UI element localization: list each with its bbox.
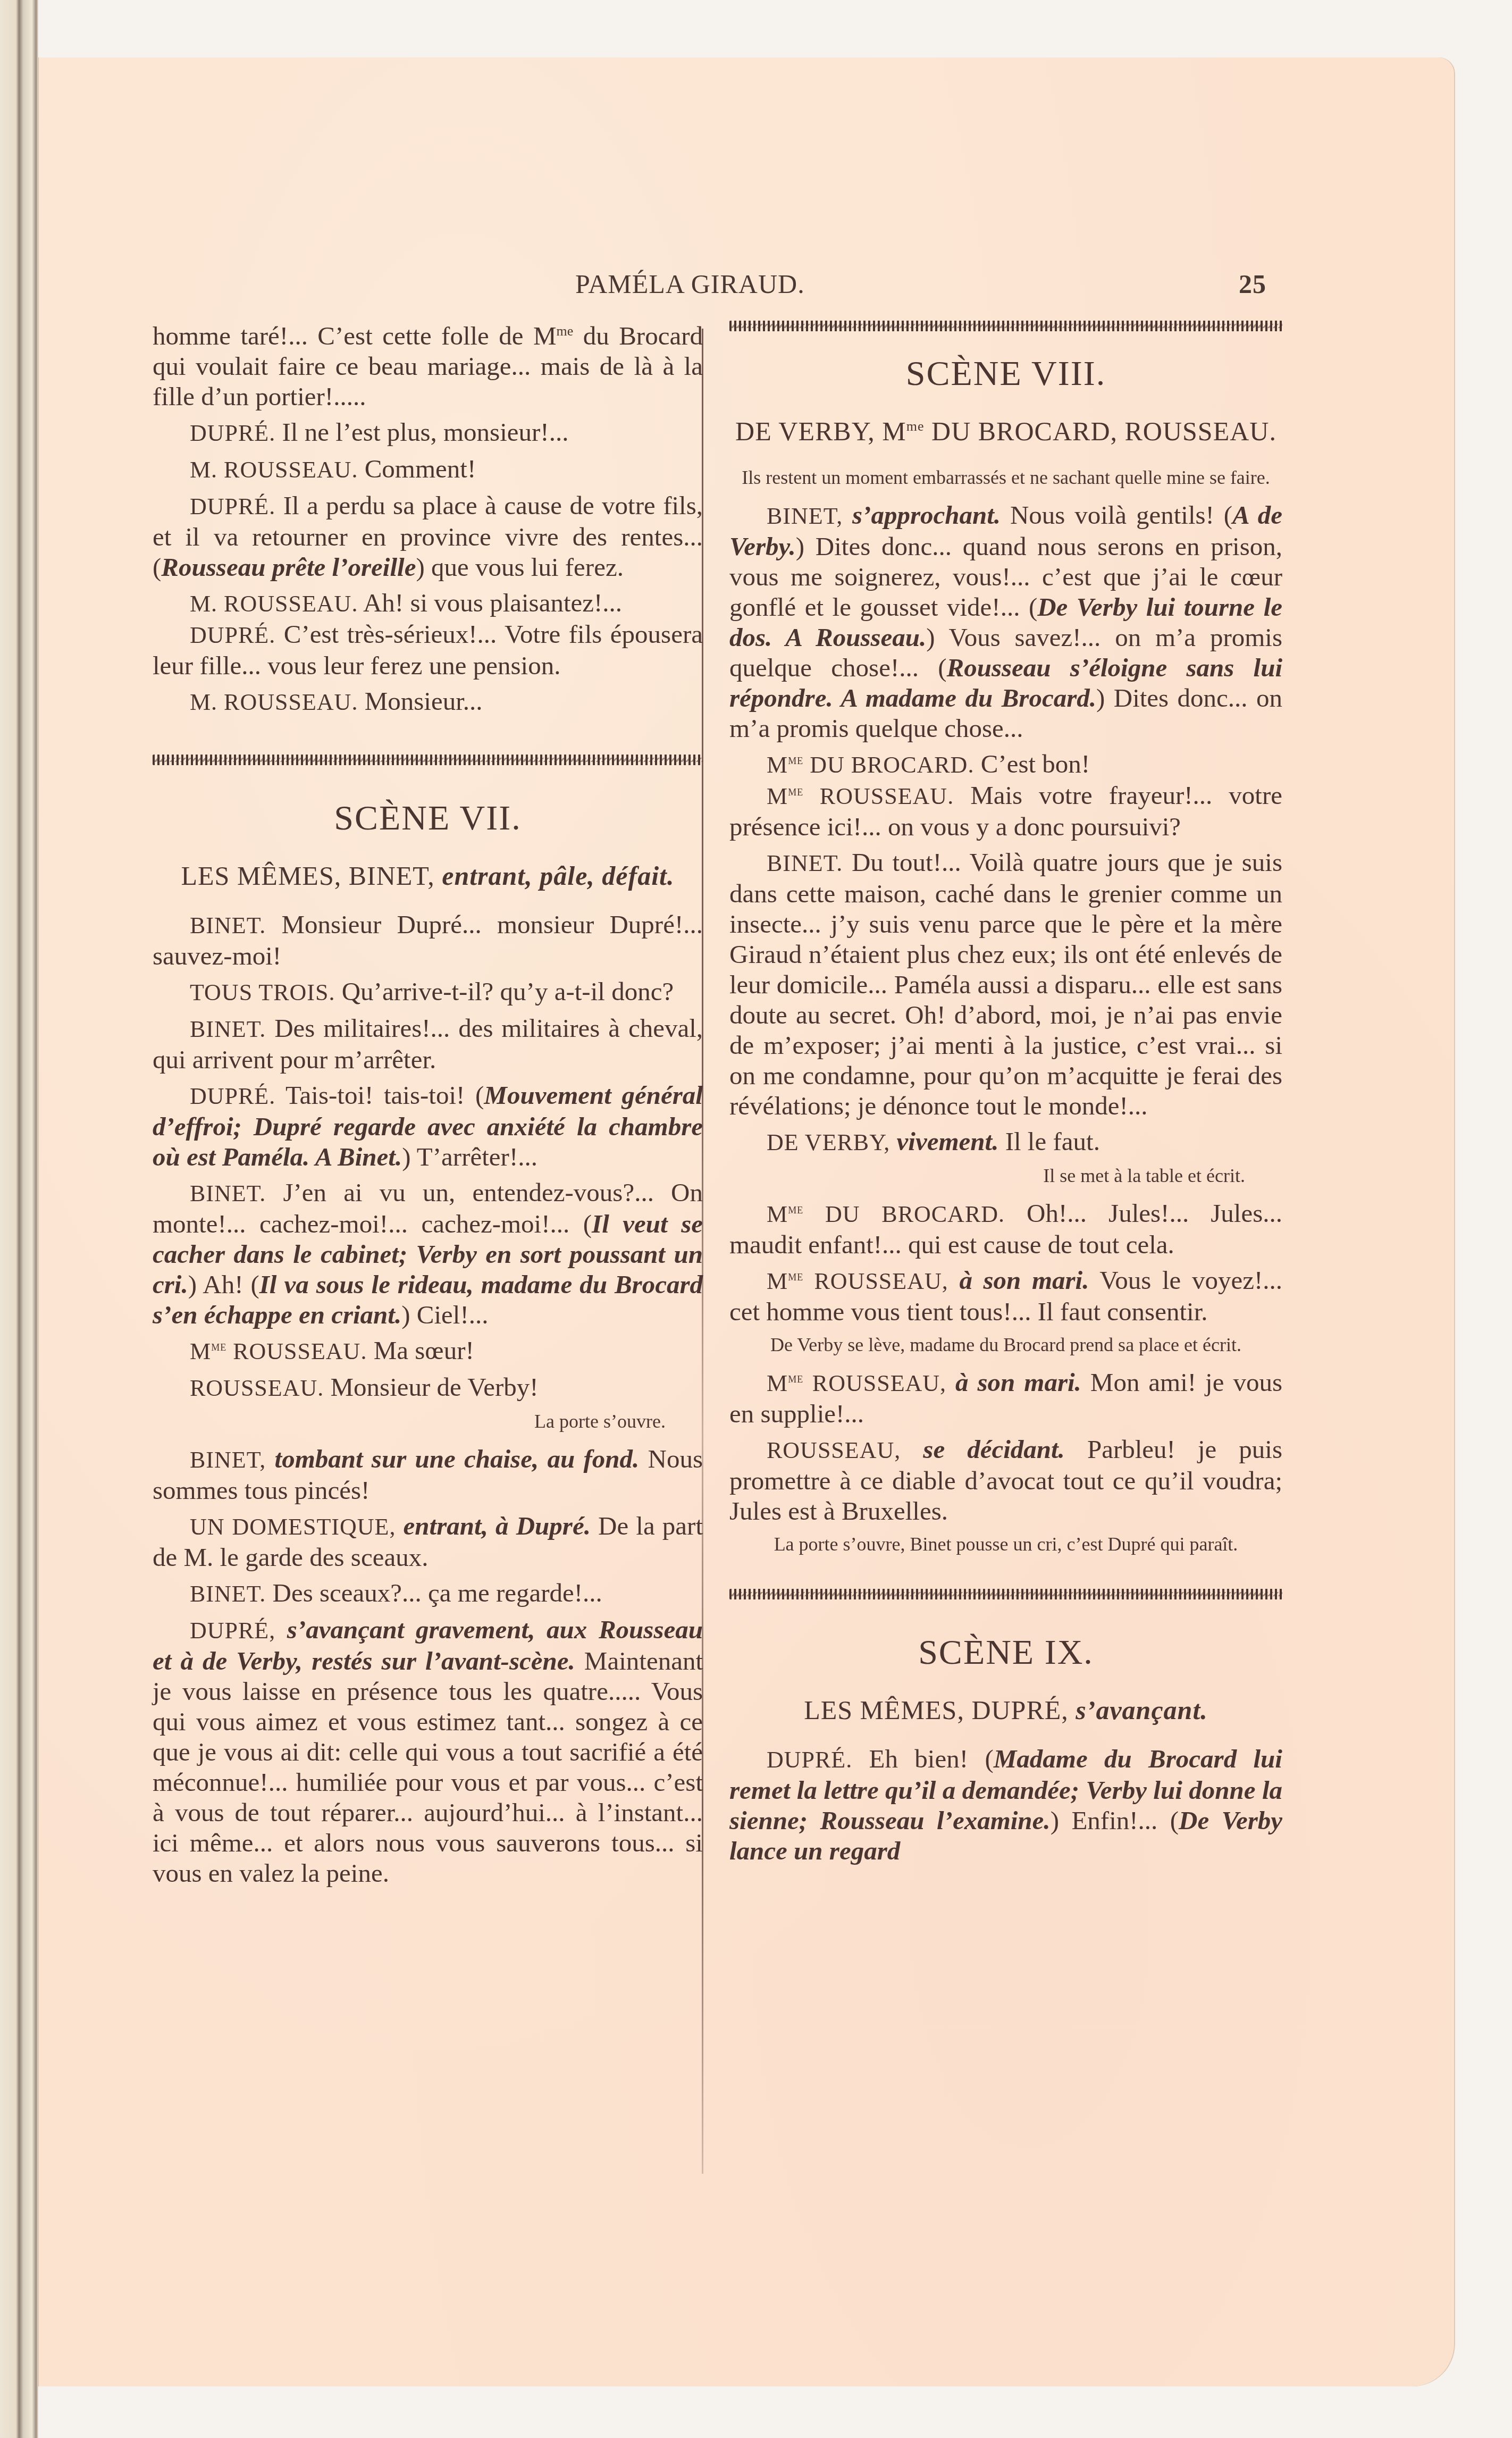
speaker: Mme ROUSSEAU, xyxy=(767,1268,948,1294)
stage-direction-end: La porte s’ouvre, Binet pousse un cri, c… xyxy=(729,1531,1282,1557)
speaker: M. ROUSSEAU. xyxy=(190,689,358,715)
speech-line: ROUSSEAU, se décidant. Parbleu! je puis … xyxy=(729,1434,1282,1526)
speaker: DUPRÉ. xyxy=(190,622,275,648)
speech-line: ROUSSEAU. Monsieur de Verby! xyxy=(153,1372,703,1403)
speaker: BINET, xyxy=(190,1447,266,1473)
speaker: Mme ROUSSEAU, xyxy=(767,1370,946,1396)
scene-title: SCÈNE VII. xyxy=(153,797,703,840)
speech-line: TOUS TROIS. Qu’arrive-t-il? qu’y a-t-il … xyxy=(153,976,703,1008)
speech-line: Mme DU BROCARD. C’est bon! xyxy=(729,749,1282,780)
speaker: DUPRÉ. xyxy=(190,493,275,520)
speech-line: Mme ROUSSEAU. Ma sœur! xyxy=(153,1335,703,1367)
speech-line: DUPRÉ. Il ne l’est plus, monsieur!... xyxy=(153,417,703,448)
speaker: ROUSSEAU. xyxy=(190,1375,324,1401)
scene-cast: LES MÊMES, BINET, entrant, pâle, défait. xyxy=(153,861,703,891)
speaker: TOUS TROIS. xyxy=(190,979,335,1006)
book-binding-edge xyxy=(0,0,38,2438)
stage-direction: entrant, à Dupré. xyxy=(396,1511,590,1540)
speech-line: DUPRÉ. Tais-toi! tais-toi! (Mouvement gé… xyxy=(153,1080,703,1172)
continuation-paragraph: homme taré!... C’est cette folle de Mme … xyxy=(153,321,703,412)
speaker: Mme DU BROCARD. xyxy=(767,752,974,778)
speech-line: DUPRÉ, s’avançant gravement, aux Roussea… xyxy=(153,1614,703,1888)
stage-direction-table: Il se met à la table et écrit. xyxy=(729,1163,1282,1188)
speaker: M. ROUSSEAU. xyxy=(190,457,358,483)
scene-cast: LES MÊMES, DUPRÉ, s’avançant. xyxy=(729,1695,1282,1725)
scene-ornament-rule xyxy=(729,321,1282,331)
speaker: DUPRÉ. xyxy=(190,1083,275,1109)
stage-direction: tombant sur une chaise, au fond. xyxy=(266,1444,639,1473)
speech-line: Mme ROUSSEAU, à son mari. Mon ami! je vo… xyxy=(729,1367,1282,1429)
page-number: 25 xyxy=(1239,269,1266,299)
speech-line: DUPRÉ. Eh bien! (Madame du Brocard lui r… xyxy=(729,1744,1282,1866)
speaker: DUPRÉ. xyxy=(767,1747,852,1773)
speaker: Mme ROUSSEAU. xyxy=(767,783,954,809)
speech-line: UN DOMESTIQUE, entrant, à Dupré. De la p… xyxy=(153,1511,703,1572)
speaker: DUPRÉ, xyxy=(190,1618,275,1644)
speaker: UN DOMESTIQUE, xyxy=(190,1514,396,1540)
speech-line: DUPRÉ. Il a perdu sa place à cause de vo… xyxy=(153,490,703,582)
speaker: BINET. xyxy=(190,1581,266,1607)
speech-line: DUPRÉ. C’est très-sérieux!... Votre fils… xyxy=(153,619,703,681)
speaker: Mme DU BROCARD. xyxy=(767,1201,1005,1227)
stage-direction-rise: De Verby se lève, madame du Brocard pren… xyxy=(729,1332,1282,1358)
running-head: PAMÉLA GIRAUD. 25 xyxy=(575,269,1266,300)
scene-ornament-rule xyxy=(153,755,703,765)
speech-line: BINET. J’en ai vu un, entendez-vous?... … xyxy=(153,1177,703,1330)
speech-line: BINET. Des militaires!... des militaires… xyxy=(153,1013,703,1075)
speaker: BINET, xyxy=(767,503,843,529)
speaker: M. ROUSSEAU. xyxy=(190,591,358,617)
scene-title: SCÈNE VIII. xyxy=(729,353,1282,395)
scene-title: SCÈNE IX. xyxy=(729,1631,1282,1674)
scene-ornament-rule xyxy=(729,1589,1282,1599)
speech-line: M. ROUSSEAU. Comment! xyxy=(153,454,703,485)
speaker: BINET. xyxy=(190,1180,266,1207)
speaker: ROUSSEAU, xyxy=(767,1437,901,1463)
running-head-title: PAMÉLA GIRAUD. xyxy=(575,269,805,299)
stage-direction-door: La porte s’ouvre. xyxy=(153,1409,703,1434)
speech-line: M. ROUSSEAU. Monsieur... xyxy=(153,686,703,717)
book-page: PAMÉLA GIRAUD. 25 homme taré!... C’est c… xyxy=(38,57,1455,2386)
speech-line: BINET. Des sceaux?... ça me regarde!... xyxy=(153,1578,703,1609)
speaker: DE VERBY, xyxy=(767,1129,890,1155)
speech-line: BINET. Monsieur Dupré... monsieur Dupré!… xyxy=(153,909,703,971)
scene-cast: DE VERBY, Mme DU BROCARD, ROUSSEAU. xyxy=(729,416,1282,447)
left-column: homme taré!... C’est cette folle de Mme … xyxy=(153,321,703,1894)
stage-direction: Rousseau prête l’oreille xyxy=(161,552,416,582)
speech-line: BINET, tombant sur une chaise, au fond. … xyxy=(153,1444,703,1505)
speaker: Mme ROUSSEAU. xyxy=(190,1338,367,1364)
right-column: SCÈNE VIII. DE VERBY, Mme DU BROCARD, RO… xyxy=(729,321,1282,1871)
stage-direction-intro: Ils restent un moment embarrassés et ne … xyxy=(729,465,1282,490)
speaker: BINET. xyxy=(767,850,843,876)
speech-line: Mme ROUSSEAU, à son mari. Vous le voyez!… xyxy=(729,1265,1282,1327)
speech-line: BINET. Du tout!... Voilà quatre jours qu… xyxy=(729,847,1282,1121)
speech-line: Mme DU BROCARD. Oh!... Jules!... Jules..… xyxy=(729,1198,1282,1260)
speech-line: DE VERBY, vivement. Il le faut. xyxy=(729,1126,1282,1158)
speaker: BINET. xyxy=(190,912,266,939)
speaker: BINET. xyxy=(190,1016,266,1042)
speech-line: Mme ROUSSEAU. Mais votre frayeur!... vot… xyxy=(729,780,1282,842)
speech-line: BINET, s’approchant. Nous voilà gentils!… xyxy=(729,500,1282,743)
speaker: DUPRÉ. xyxy=(190,420,275,446)
speech-line: M. ROUSSEAU. Ah! si vous plaisantez!... xyxy=(153,588,703,619)
